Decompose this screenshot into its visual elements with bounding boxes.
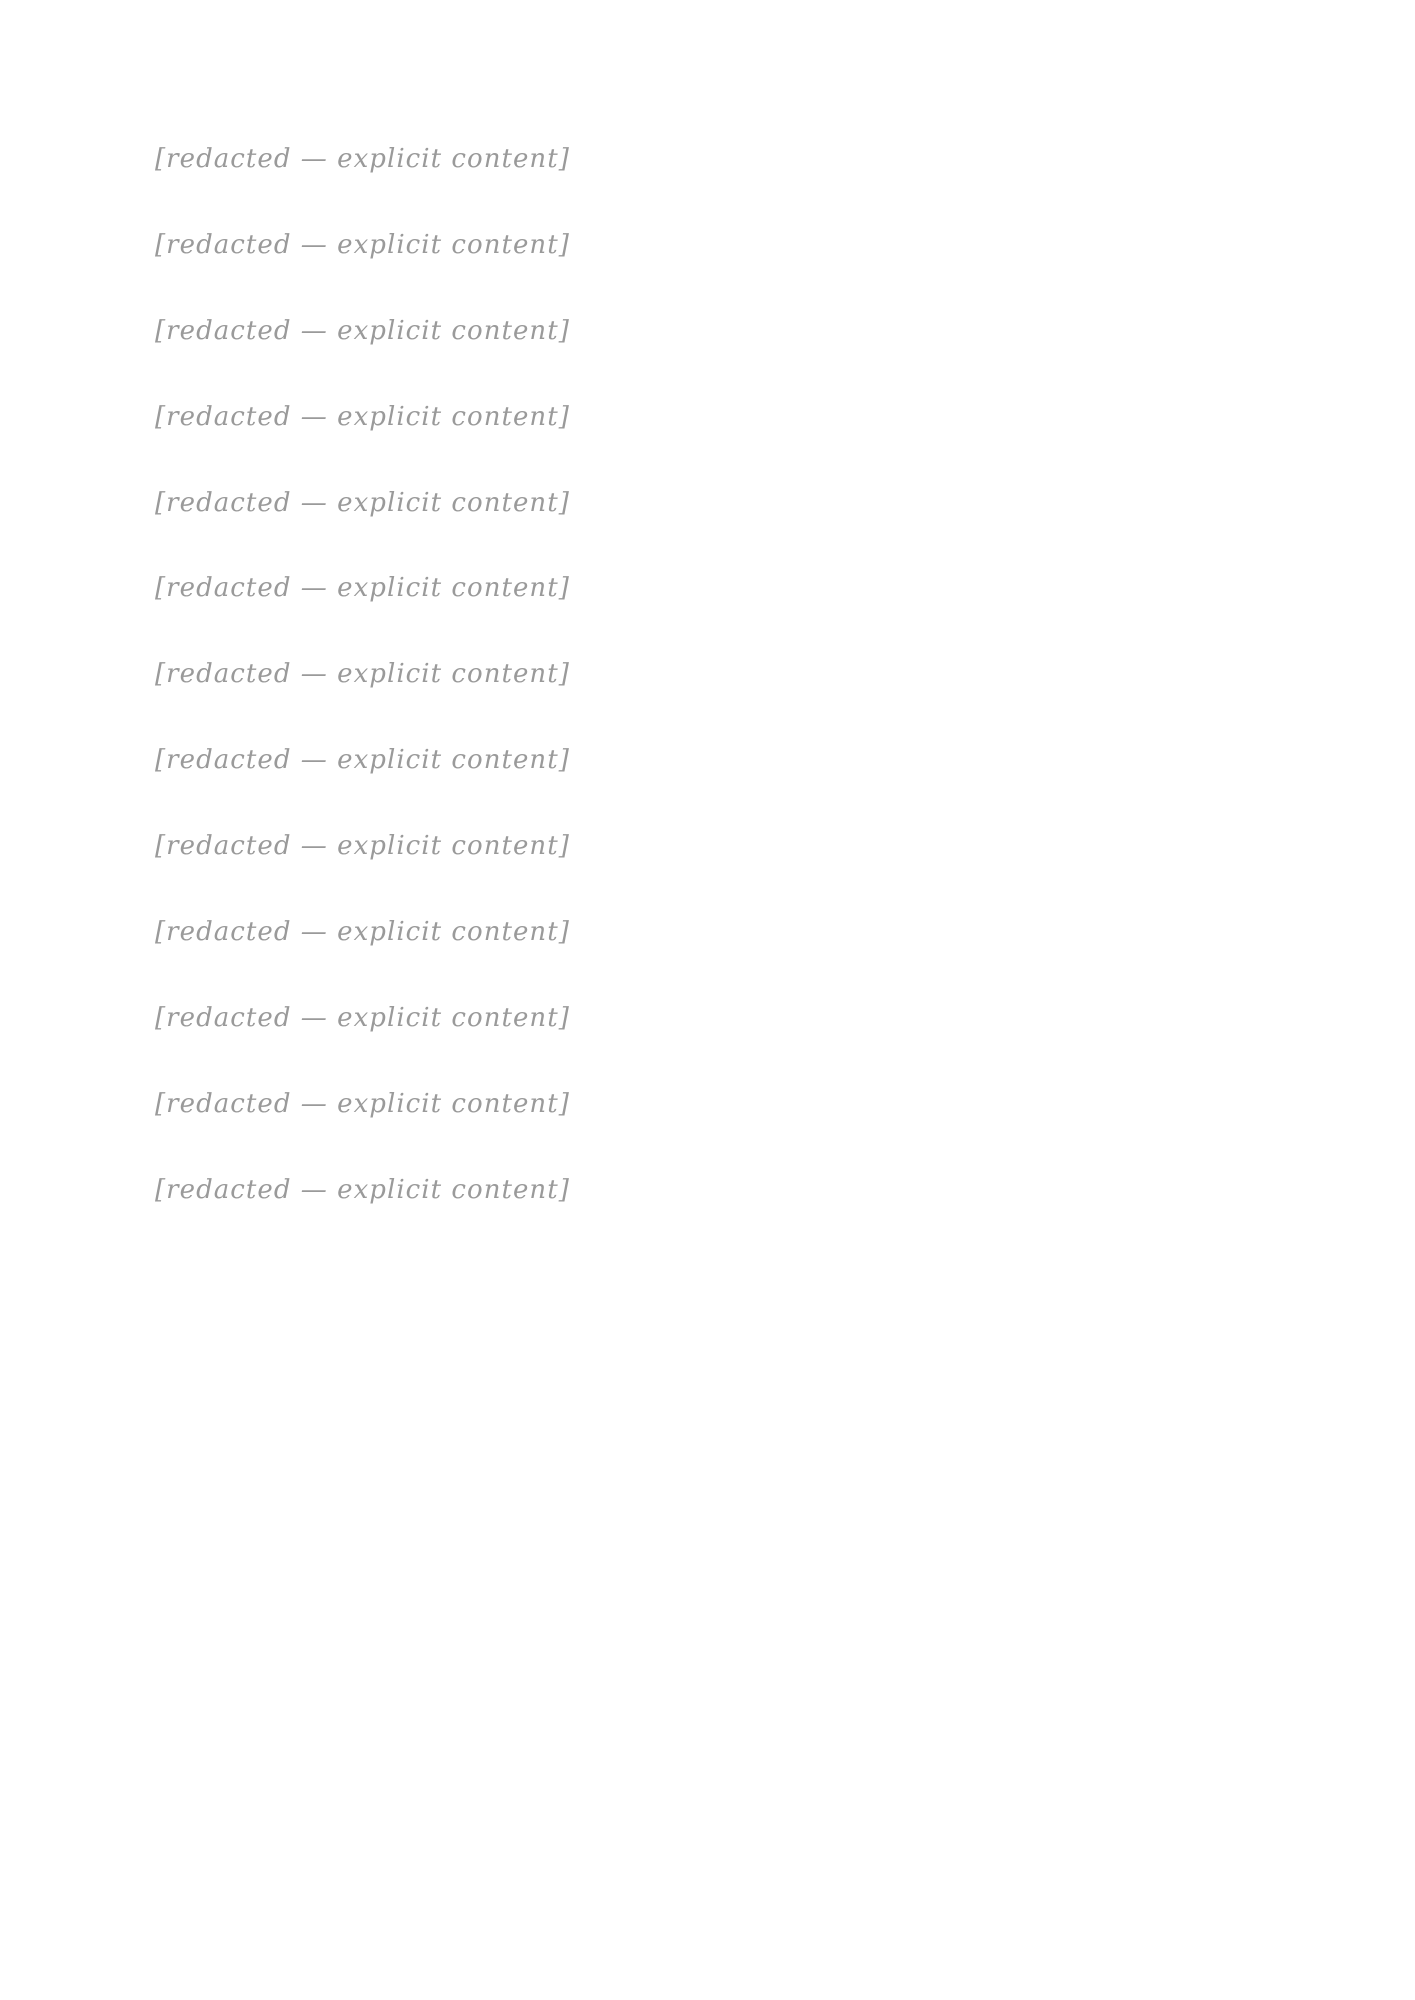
paragraph-narration: [redacted — explicit content] [155, 653, 935, 696]
paragraph-dialogue: [redacted — explicit content] [155, 396, 935, 439]
paragraph-narration: [redacted — explicit content] [155, 1169, 935, 1212]
paragraph-dialogue: [redacted — explicit content] [155, 1083, 935, 1126]
paragraph-narration: [redacted — explicit content] [155, 911, 935, 954]
paragraph-narration: [redacted — explicit content] [155, 739, 935, 782]
paragraph-dialogue: [redacted — explicit content] [155, 997, 935, 1040]
paragraph-dialogue: [redacted — explicit content] [155, 567, 935, 610]
text-column: [redacted — explicit content][redacted —… [155, 138, 935, 1255]
paragraph-dialogue: [redacted — explicit content] [155, 224, 935, 267]
paragraph-narration: [redacted — explicit content] [155, 482, 935, 525]
paragraph-narration: [redacted — explicit content] [155, 310, 935, 353]
document-page: [redacted — explicit content][redacted —… [0, 0, 1415, 2000]
paragraph-narration: [redacted — explicit content] [155, 138, 935, 181]
paragraph-dialogue: [redacted — explicit content] [155, 825, 935, 868]
